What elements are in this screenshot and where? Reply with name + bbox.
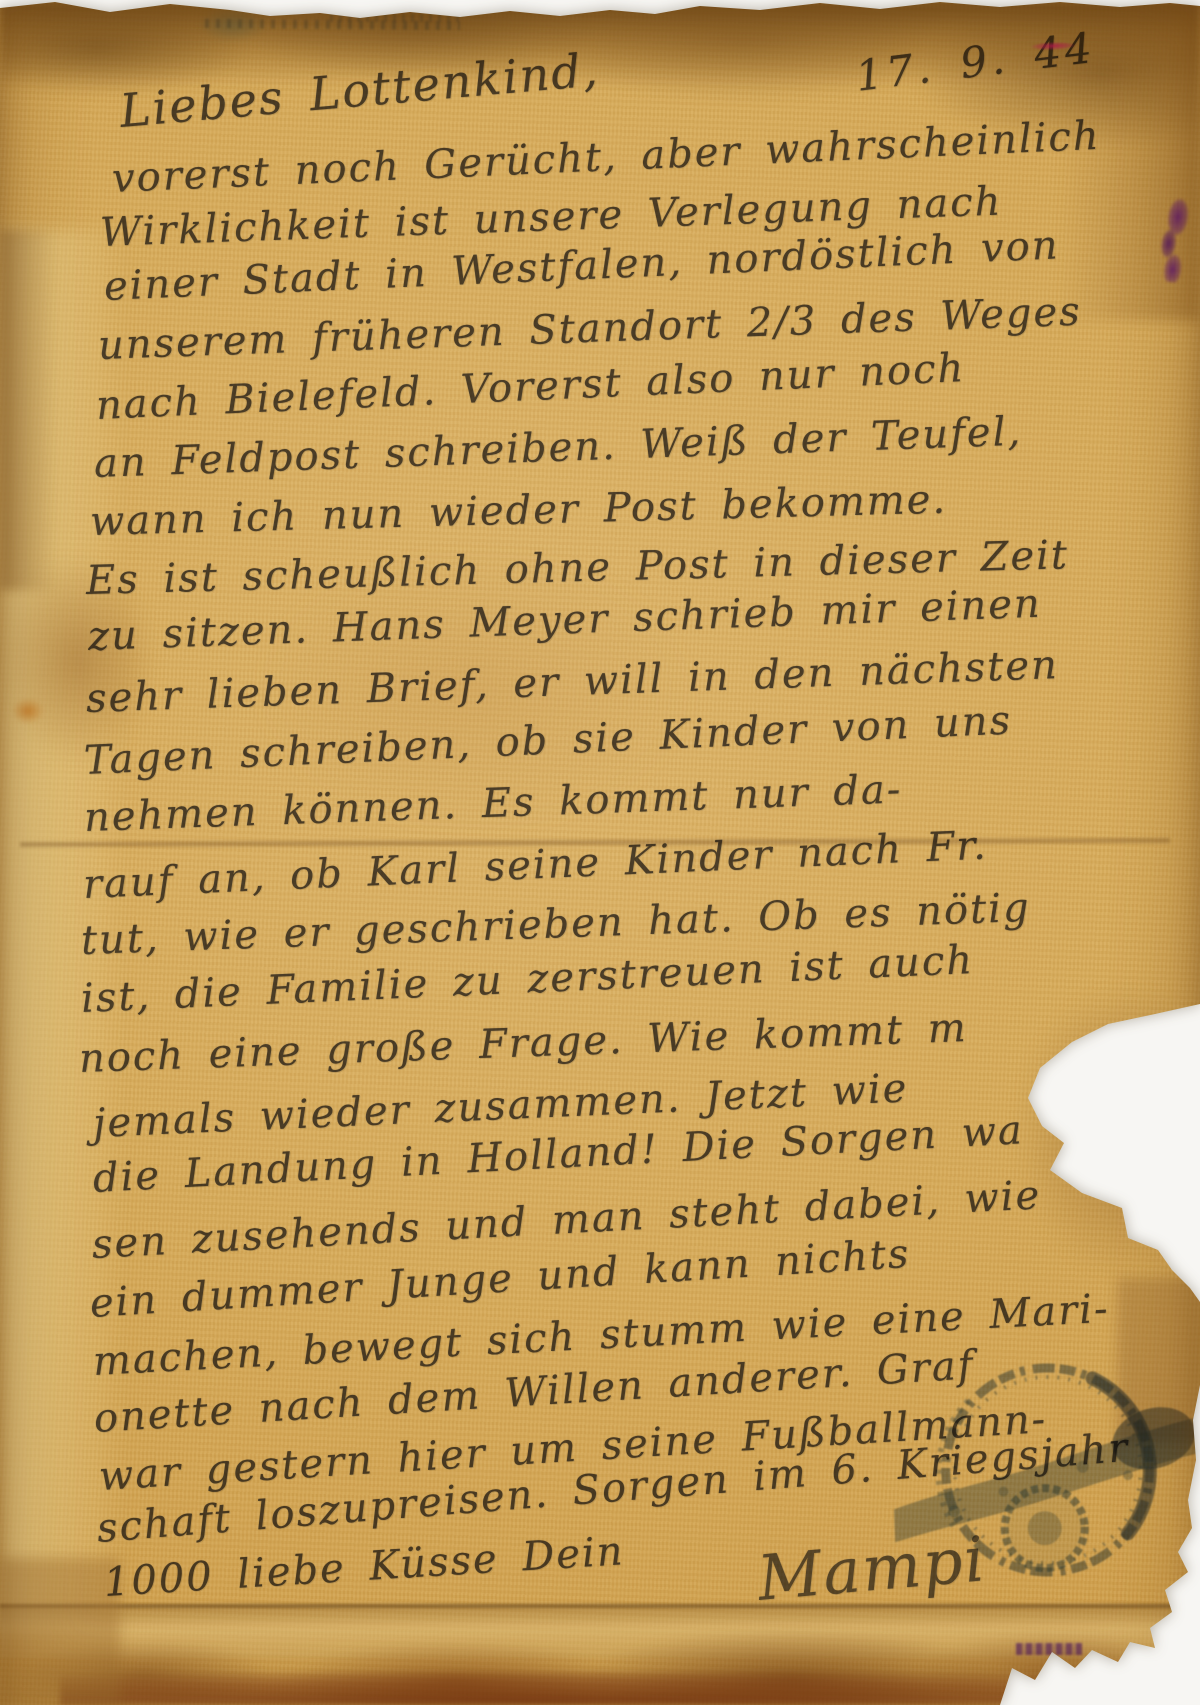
handwritten-line: unserem früheren Standort 2/3 des Weges xyxy=(97,289,1082,369)
letter-date: 17. 9. 44 xyxy=(853,23,1098,101)
handwritten-line: onette nach dem Willen anderer. Graf xyxy=(93,1342,976,1442)
handwritten-line: schaft loszupreisen. Sorgen im 6. Kriegs… xyxy=(95,1425,1131,1552)
signature: Mampi xyxy=(755,1522,989,1615)
handwritten-line: jemals wieder zusammen. Jetzt wie xyxy=(92,1065,909,1147)
handwritten-line: Tagen schreiben, ob sie Kinder von uns xyxy=(83,698,1013,784)
stain-right-top xyxy=(1060,0,1200,320)
purple-dash-mark xyxy=(1016,1643,1082,1655)
stain-center xyxy=(260,555,690,825)
handwritten-line: Es ist scheußlich ohne Post in dieser Ze… xyxy=(85,532,1069,604)
stain-top-blobs xyxy=(0,0,1200,160)
bottom-fold-band xyxy=(0,1604,1200,1658)
paper-shadow: 17. 9. 44 Liebes Lottenkind, vorerst noc… xyxy=(0,0,1200,1705)
bottom-fold-crease xyxy=(0,1604,1200,1608)
purple-ink-blot xyxy=(1148,196,1197,284)
stain-left-pale-band xyxy=(0,230,125,1630)
stain-bottom-left-corner xyxy=(0,1558,120,1705)
handwritten-line: ein dummer Junge und kann nichts xyxy=(89,1231,912,1327)
faded-print-text-smudge xyxy=(330,14,460,22)
stain-bottom-maroon-edge xyxy=(60,1672,1060,1705)
faded-print-smudge xyxy=(198,6,268,42)
stain-left-blob xyxy=(0,555,155,765)
handwritten-line: an Feldpost schreiben. Weiß der Teufel, xyxy=(93,409,1023,487)
red-ink-mark xyxy=(1030,41,1076,51)
stain-right-fold xyxy=(1118,1278,1200,1443)
handwritten-line: nehmen können. Es kommt nur da- xyxy=(83,766,903,841)
handwritten-line: rauf an, ob Karl seine Kinder nach Fr. xyxy=(82,823,989,908)
round-eagle-ink-stamp xyxy=(889,1353,1200,1604)
scanned-letter: 17. 9. 44 Liebes Lottenkind, vorerst noc… xyxy=(0,0,1200,1705)
handwritten-line: wann ich nun wieder Post bekomme. xyxy=(89,477,947,545)
handwritten-line: Wirklichkeit ist unsere Verlegung nach xyxy=(99,179,1003,256)
handwritten-line: sen zusehends und man steht dabei, wie xyxy=(91,1172,1042,1268)
faded-print-text-smudge xyxy=(205,19,460,30)
handwritten-line: nach Bielefeld. Vorerst also nur noch xyxy=(95,345,966,429)
handwritten-line: zu sitzen. Hans Meyer schrieb mir einen xyxy=(87,581,1042,660)
eagle-stamp-icon xyxy=(889,1353,1200,1604)
stain-torn-notch-shadow xyxy=(955,985,1200,1310)
fold-crease xyxy=(20,838,1170,847)
closing-line: 1000 liebe Küsse Dein xyxy=(103,1528,626,1606)
stain-left-dark xyxy=(0,230,70,590)
handwritten-line: vorerst noch Gerücht, aber wahrscheinlic… xyxy=(111,113,1101,202)
handwritten-line: noch eine große Frage. Wie kommt m xyxy=(78,1005,968,1082)
stain-orange-spot xyxy=(12,698,44,724)
handwritten-line: die Landung in Holland! Die Sorgen wa xyxy=(92,1107,1025,1202)
letter-salutation: Liebes Lottenkind, xyxy=(118,42,602,138)
handwritten-line: machen, bewegt sich stumm wie eine Mari- xyxy=(92,1286,1111,1385)
handwritten-line: sehr lieben Brief, er will in den nächst… xyxy=(85,642,1059,722)
stain-top-band xyxy=(0,0,1200,85)
handwritten-line: einer Stadt in Westfalen, nordöstlich vo… xyxy=(103,222,1060,310)
stain-bottom-blotches xyxy=(0,1628,1200,1705)
handwritten-line: war gestern hier um seine Fußballmann- xyxy=(98,1396,1049,1500)
handwritten-line: ist, die Familie zu zerstreuen ist auch xyxy=(80,937,975,1022)
handwritten-line: tut, wie er geschrieben hat. Ob es nötig xyxy=(80,885,1031,964)
letter-paper: 17. 9. 44 Liebes Lottenkind, vorerst noc… xyxy=(0,0,1200,1705)
